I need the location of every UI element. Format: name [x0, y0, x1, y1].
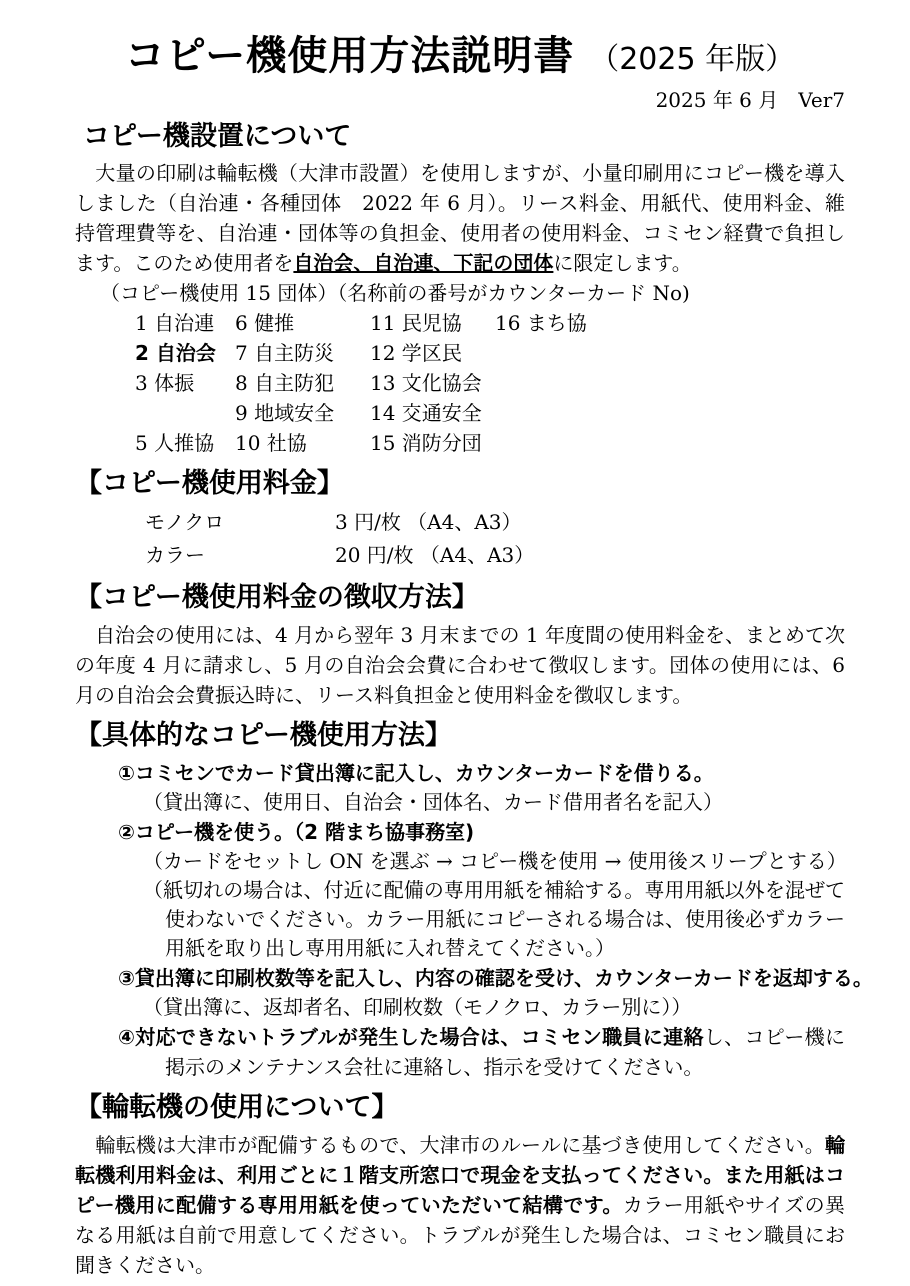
document-page: コピー機使用方法説明書 （2025 年版） 2025 年 6 月 Ver7 コピ… [0, 0, 910, 1286]
fee-value-color: 20 円/枚 （A4、A3） [335, 539, 534, 572]
heading-collection: 【コピー機使用料金の徴収方法】 [75, 581, 845, 615]
org-cell: 13 文化協会 [370, 368, 495, 398]
fee-row-monochrome: モノクロ 3 円/枚 （A4、A3） [145, 506, 845, 539]
org-cell: 16 まち協 [495, 308, 845, 338]
org-cell [495, 428, 845, 458]
org-cell-empty [135, 398, 235, 428]
usage-step-4-bold: ④対応できないトラブルが発生した場合は、コミセン職員に連絡 [118, 1025, 704, 1049]
usage-step-4: ④対応できないトラブルが発生した場合は、コミセン職員に連絡し、コピー機に掲示のメ… [75, 1022, 845, 1082]
fee-row-color: カラー 20 円/枚 （A4、A3） [145, 539, 845, 572]
usage-step-1: ①コミセンでカード貸出簿に記入し、カウンターカードを借りる。 [118, 758, 845, 788]
org-cell: 8 自主防犯 [235, 368, 370, 398]
usage-step-3-note: （貸出簿に、返却者名、印刷枚数（モノクロ、カラー別に）） [75, 993, 845, 1022]
organization-table: 1 自治連 6 健推 11 民児協 16 まち協 2 自治会 7 自主防災 12… [135, 308, 845, 458]
org-cell: 7 自主防災 [235, 338, 370, 368]
setup-paragraph-emphasis: 自治会、自治連、下記の団体 [293, 251, 553, 275]
fee-label-monochrome: モノクロ [145, 506, 335, 539]
rotary-paragraph-text-1: 輪転機は大津市が配備するもので、大津市のルールに基づき使用してください。 [75, 1133, 825, 1157]
heading-usage: 【具体的なコピー機使用方法】 [75, 719, 845, 753]
document-title: コピー機使用方法説明書 （2025 年版） [75, 30, 845, 86]
document-title-main: コピー機使用方法説明書 [125, 33, 574, 79]
org-cell: 14 交通安全 [370, 398, 495, 428]
heading-rotary: 【輪転機の使用について】 [75, 1091, 845, 1125]
usage-step-2-note-2: （紙切れの場合は、付近に配備の専用用紙を補給する。専用用紙以外を混ぜて使わないで… [75, 876, 845, 963]
usage-step-2-note-1: （カードをセットし ON を選ぶ → コピー機を使用 → 使用後スリープとする） [75, 847, 845, 876]
heading-setup: コピー機設置について [83, 120, 845, 154]
org-cell: 5 人推協 [135, 428, 235, 458]
org-cell: 3 体振 [135, 368, 235, 398]
version-line: 2025 年 6 月 Ver7 [75, 86, 845, 114]
org-cell [495, 368, 845, 398]
org-cell: 11 民児協 [370, 308, 495, 338]
org-cell [495, 338, 845, 368]
heading-fees: 【コピー機使用料金】 [75, 467, 845, 501]
org-cell [495, 398, 845, 428]
groups-note: （コピー機使用 15 団体）（名称前の番号がカウンターカード No) [100, 278, 845, 308]
org-cell: 6 健推 [235, 308, 370, 338]
org-cell: 10 社協 [235, 428, 370, 458]
org-cell: 9 地域安全 [235, 398, 370, 428]
org-cell: 1 自治連 [135, 308, 235, 338]
org-cell-jichikai: 2 自治会 [135, 338, 235, 368]
setup-paragraph: 大量の印刷は輪転機（大津市設置）を使用しますが、小量印刷用にコピー機を導入しまし… [75, 158, 845, 278]
org-cell: 12 学区民 [370, 338, 495, 368]
rotary-paragraph: 輪転機は大津市が配備するもので、大津市のルールに基づき使用してください。輪転機利… [75, 1130, 845, 1280]
fee-value-monochrome: 3 円/枚 （A4、A3） [335, 506, 522, 539]
usage-step-2: ②コピー機を使う。（2 階まち協事務室) [118, 817, 845, 847]
org-cell: 15 消防分団 [370, 428, 495, 458]
setup-paragraph-text-2: に限定します。 [553, 251, 691, 275]
usage-step-1-note: （貸出簿に、使用日、自治会・団体名、カード借用者名を記入） [75, 788, 845, 817]
collection-paragraph: 自治会の使用には、4 月から翌年 3 月末までの 1 年度間の使用料金を、まとめ… [75, 620, 845, 710]
usage-step-3: ③貸出簿に印刷枚数等を記入し、内容の確認を受け、カウンターカードを返却する。 [118, 963, 845, 993]
fee-label-color: カラー [145, 539, 335, 572]
document-title-edition: （2025 年版） [589, 42, 795, 77]
